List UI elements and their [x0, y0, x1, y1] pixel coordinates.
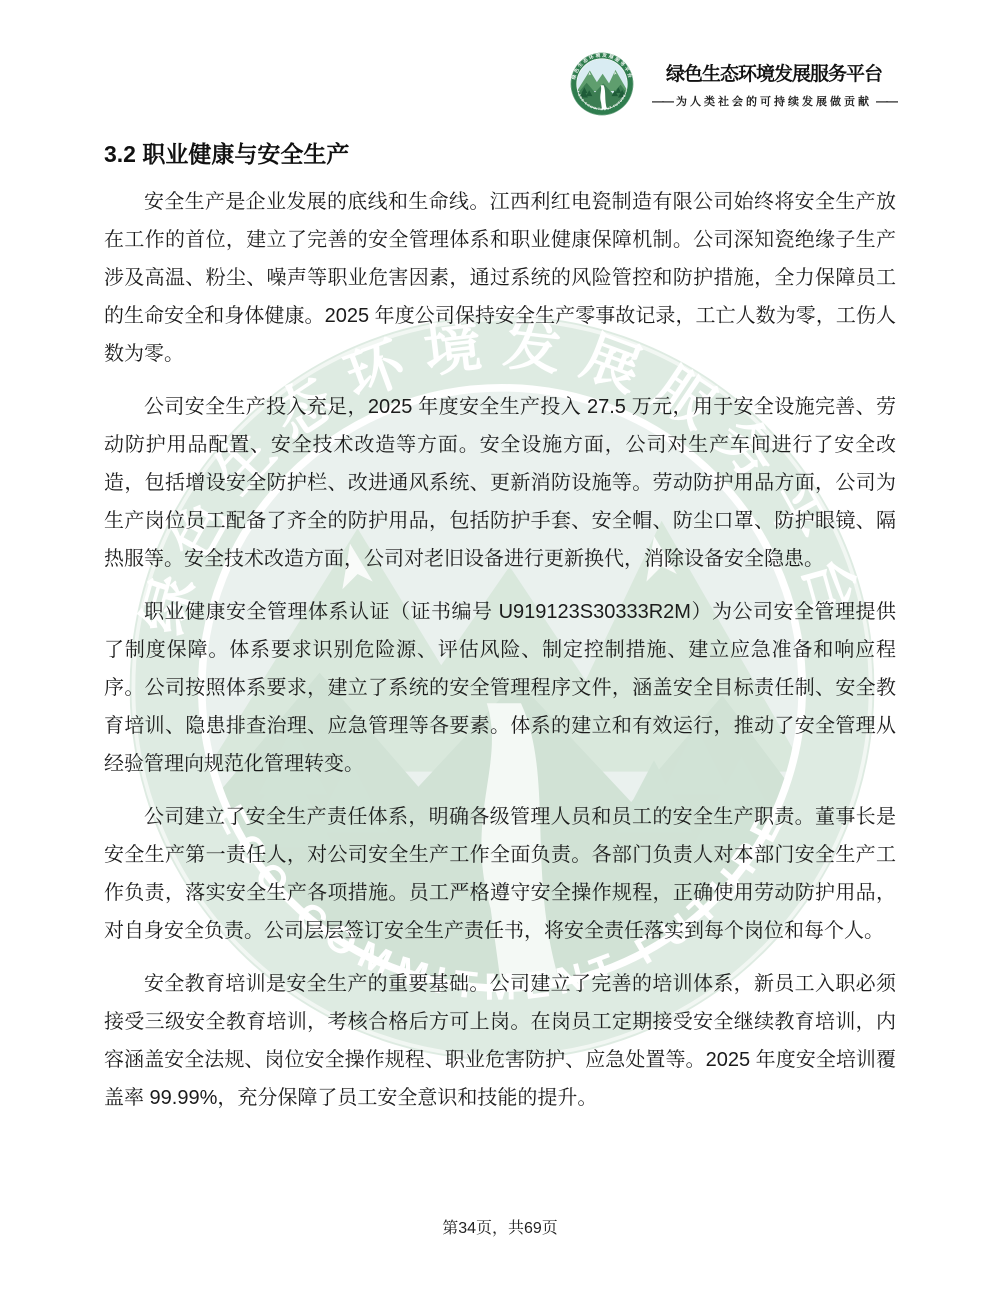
paragraph: 安全教育培训是安全生产的重要基础。公司建立了完善的培训体系，新员工入职必须接受三… [104, 965, 896, 1117]
paragraph: 职业健康安全管理体系认证（证书编号 U919123S30333R2M）为公司安全… [104, 593, 896, 783]
tagline-row: —— 为人类社会的可持续发展做贡献 —— [652, 93, 896, 109]
document-body: 3.2 职业健康与安全生产 安全生产是企业发展的底线和生命线。江西利红电瓷制造有… [104, 136, 896, 1132]
section-heading: 3.2 职业健康与安全生产 [104, 136, 896, 169]
paragraph: 公司建立了安全生产责任体系，明确各级管理人员和员工的安全生产职责。董事长是安全生… [104, 798, 896, 950]
paragraph: 安全生产是企业发展的底线和生命线。江西利红电瓷制造有限公司始终将安全生产放在工作… [104, 183, 896, 373]
page-header: 绿色生态环境发展服务平台 —— 为人类社会的可持续发展做贡献 —— [570, 52, 896, 116]
paragraph: 公司安全生产投入充足，2025 年度安全生产投入 27.5 万元，用于安全设施完… [104, 388, 896, 578]
tagline-rule-right: —— [876, 94, 896, 108]
platform-title: 绿色生态环境发展服务平台 [666, 59, 882, 86]
header-text-block: 绿色生态环境发展服务平台 —— 为人类社会的可持续发展做贡献 —— [652, 59, 896, 109]
tagline-rule-left: —— [652, 94, 672, 108]
page-number: 第34页，共69页 [0, 1215, 1000, 1238]
tagline: 为人类社会的可持续发展做贡献 [676, 93, 872, 109]
platform-logo-icon [570, 52, 634, 116]
